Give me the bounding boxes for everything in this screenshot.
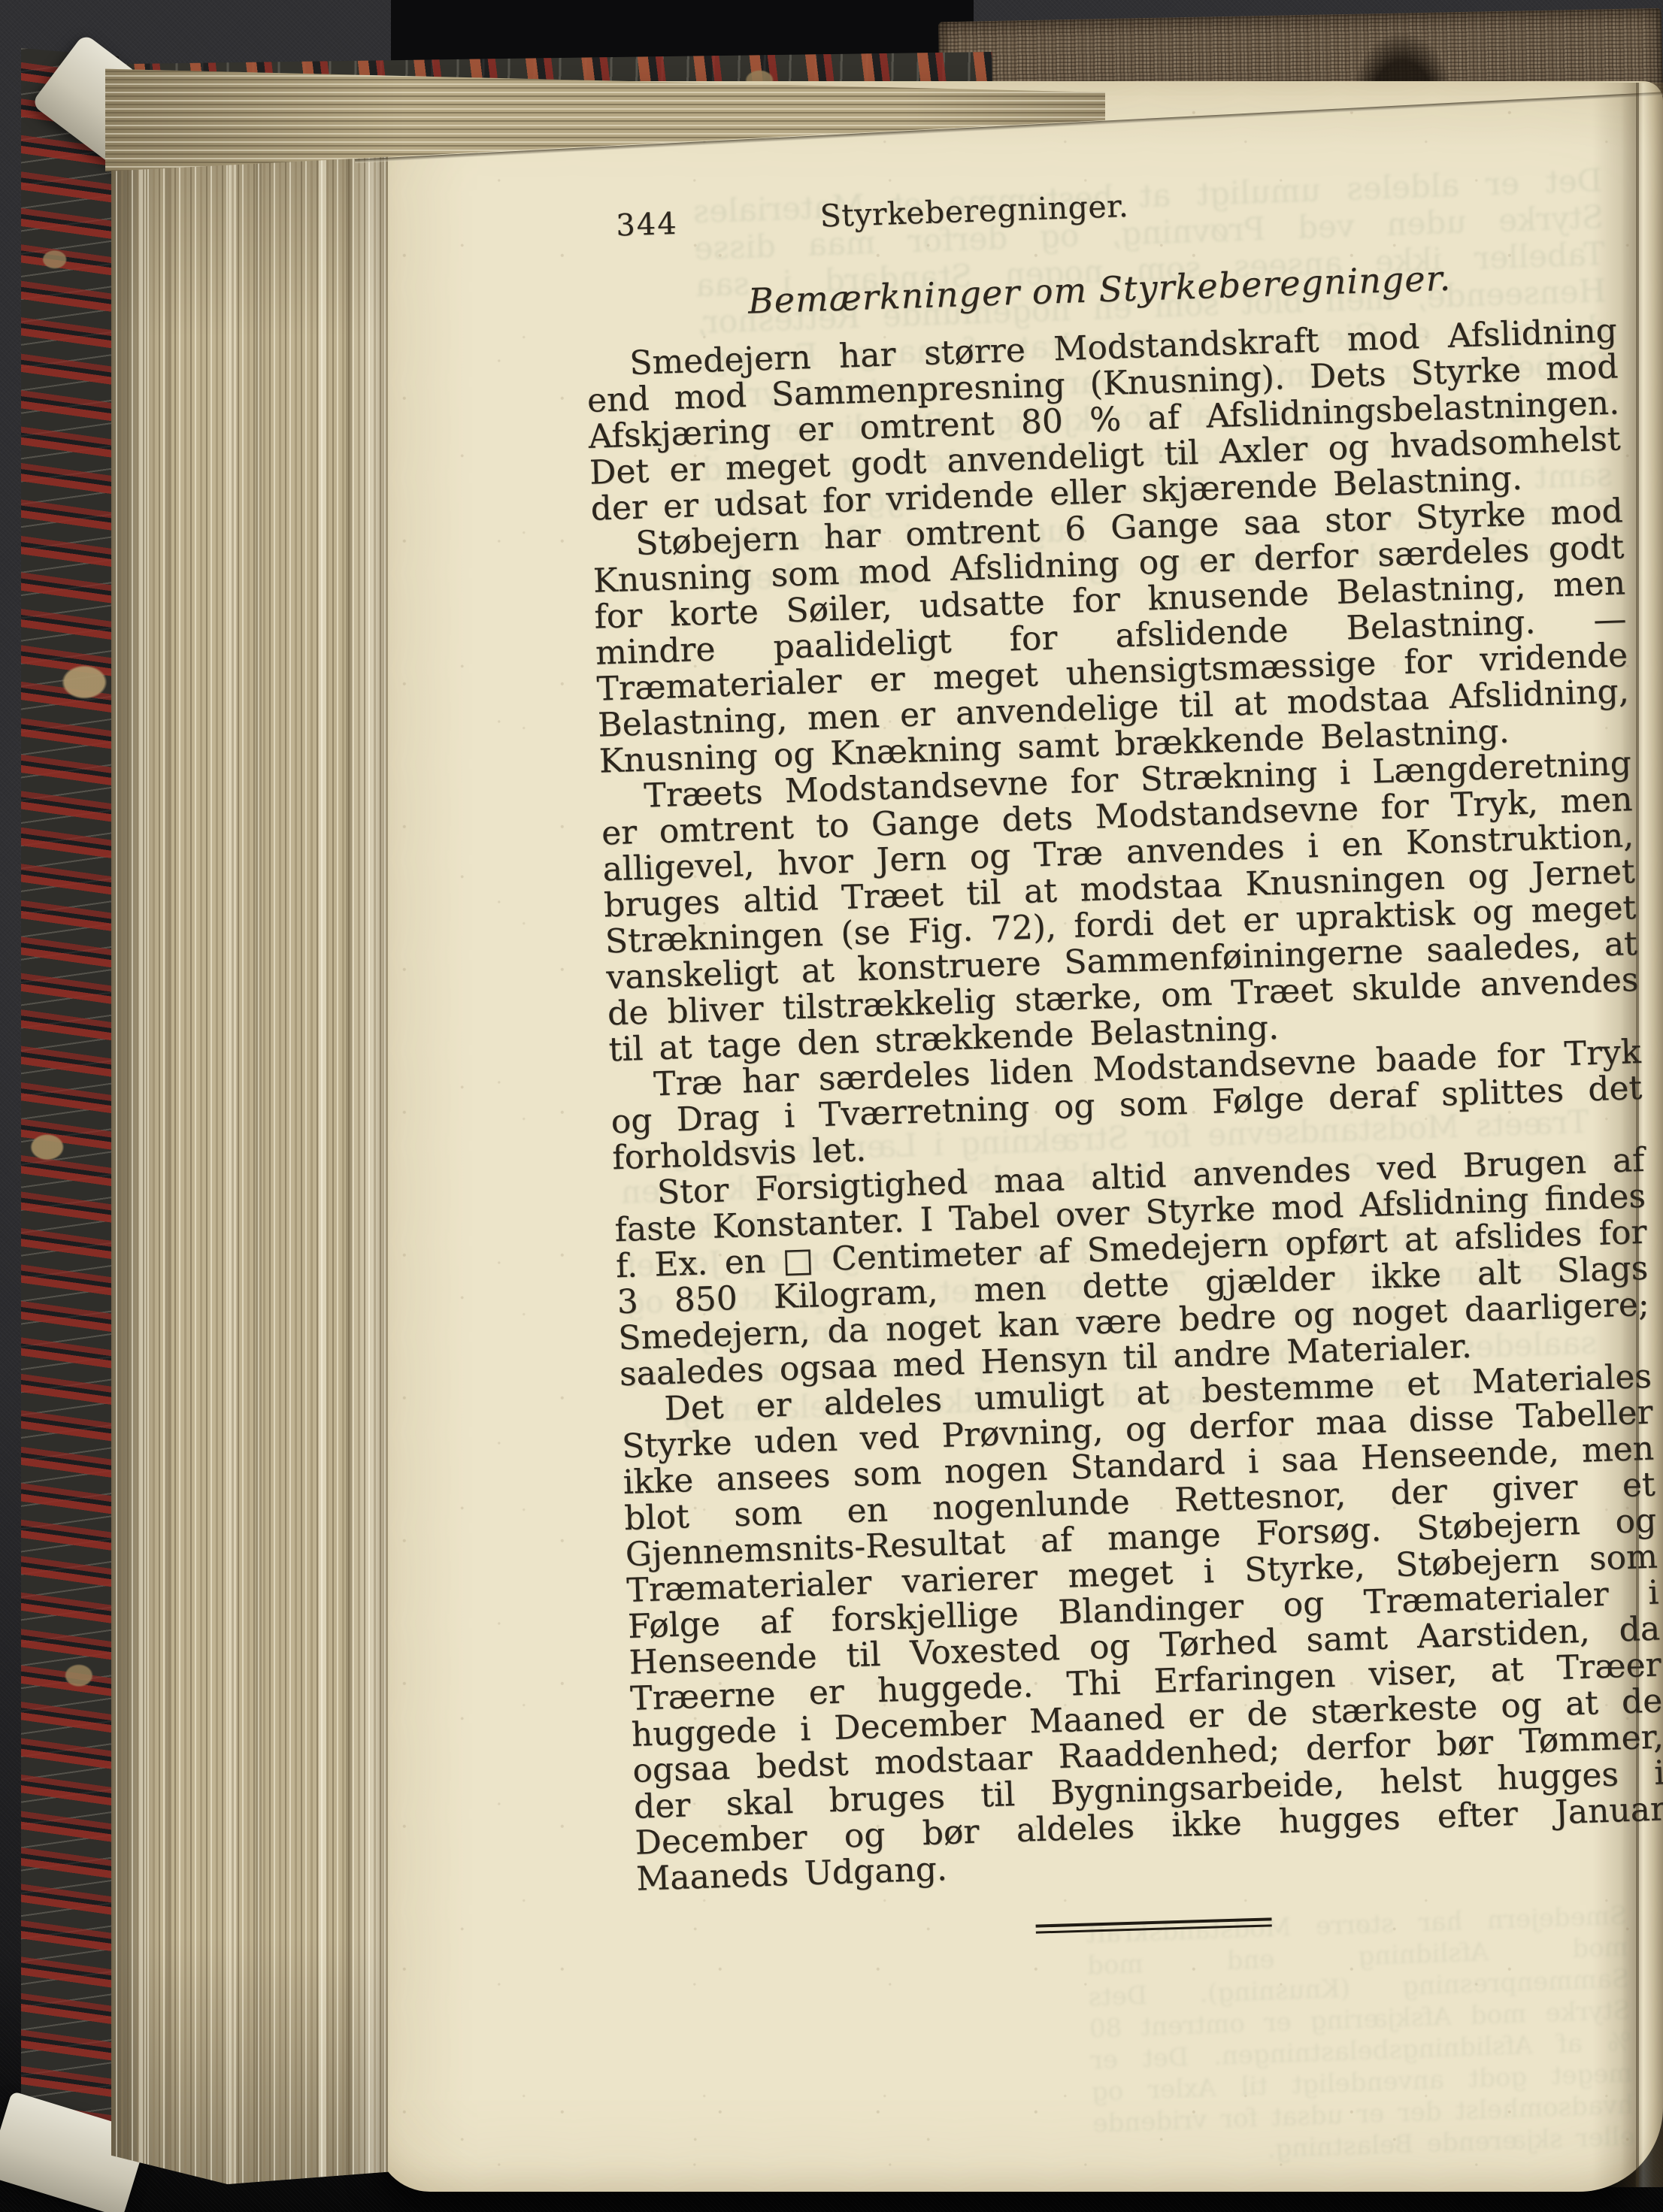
paragraph: Stor Forsigtighed maa altid anvendes ved… <box>613 1142 1651 1393</box>
ink-bleed-through: Smedejern har større Modstandskraft mod … <box>1086 1900 1636 2189</box>
printed-text-block: 344 Styrkeberegninger. Bemærkninger om S… <box>580 163 1663 1947</box>
book-scan: { "page": { "number": "344", "running_he… <box>0 0 1663 2212</box>
page-fore-edge-stack <box>111 132 388 2184</box>
marbled-board-left-edge <box>21 48 119 2162</box>
paragraph: Det er aldeles umuligt at bestemme et Ma… <box>620 1359 1663 1898</box>
paragraph: Træets Modstandsevne for Strækning i Læn… <box>600 746 1640 1068</box>
paragraph: Støbejern har omtrent 6 Gange saa stor S… <box>592 493 1631 779</box>
paragraph: Smedejern har større Modstandskraft mod … <box>586 313 1622 527</box>
body-copy: Smedejern har større Modstandskraft mod … <box>586 313 1663 1897</box>
